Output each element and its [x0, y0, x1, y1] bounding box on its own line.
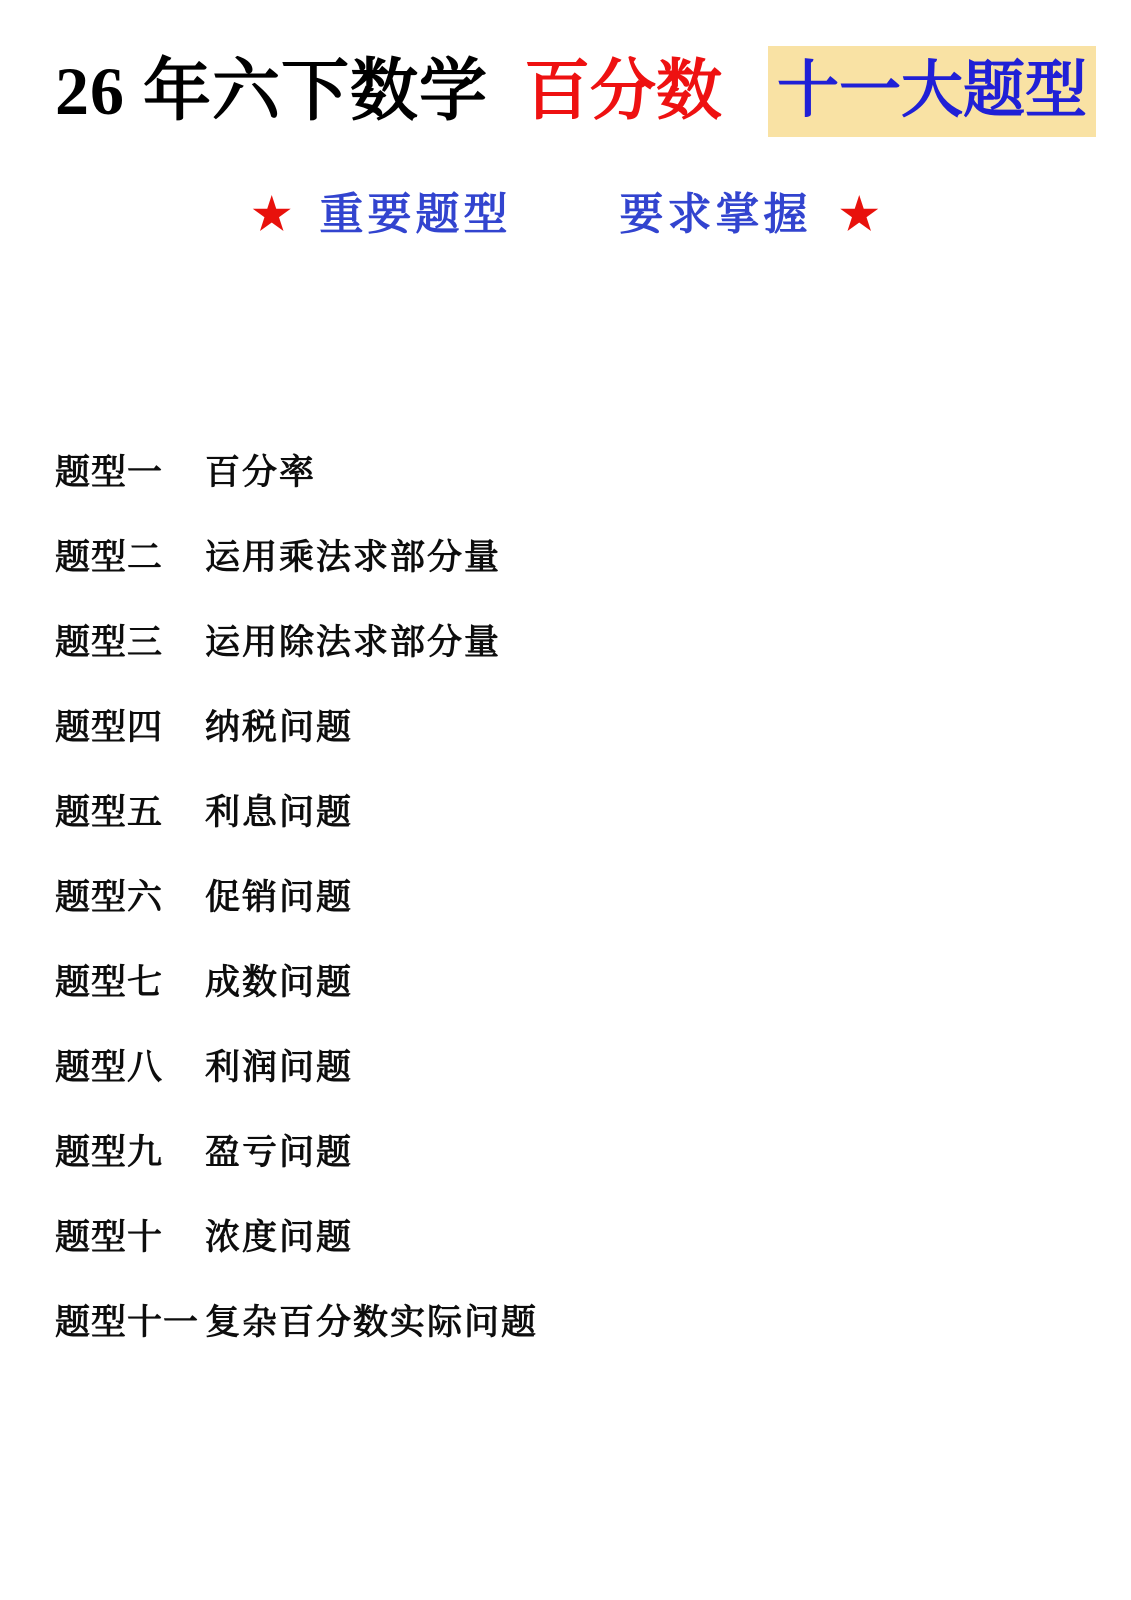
- topic-number-label: 题型一: [55, 452, 205, 494]
- topic-title-text: 利息问题: [205, 792, 353, 834]
- topic-number-label: 题型五: [55, 792, 205, 834]
- topic-title-text: 运用除法求部分量: [205, 622, 501, 664]
- topic-title-text: 盈亏问题: [205, 1132, 353, 1174]
- title-topic-text: 百分数: [524, 49, 722, 135]
- title-highlighted-text: 十一大题型: [768, 46, 1096, 137]
- list-item: 题型七成数问题: [55, 962, 1131, 1004]
- list-item: 题型八利润问题: [55, 1047, 1131, 1089]
- star-icon: ★: [840, 191, 879, 239]
- subtitle: ★ 重要题型 要求掌握 ★: [0, 189, 1131, 242]
- topic-number-label: 题型九: [55, 1132, 205, 1174]
- topic-title-text: 运用乘法求部分量: [205, 537, 501, 579]
- topic-number-label: 题型四: [55, 707, 205, 749]
- page-title: 26 年六下数学 百分数 十一大题型: [0, 0, 1131, 137]
- title-course-text: 26 年六下数学: [55, 47, 488, 135]
- topic-title-text: 浓度问题: [205, 1217, 353, 1259]
- topic-number-label: 题型十一: [55, 1302, 205, 1344]
- list-item: 题型十浓度问题: [55, 1217, 1131, 1259]
- list-item: 题型三运用除法求部分量: [55, 622, 1131, 664]
- topic-number-label: 题型六: [55, 877, 205, 919]
- topic-title-text: 利润问题: [205, 1047, 353, 1089]
- list-item: 题型四纳税问题: [55, 707, 1131, 749]
- topic-number-label: 题型十: [55, 1217, 205, 1259]
- topic-list: 题型一百分率题型二运用乘法求部分量题型三运用除法求部分量题型四纳税问题题型五利息…: [55, 452, 1131, 1344]
- subtitle-must-master-text: 要求掌握: [620, 189, 812, 242]
- topic-number-label: 题型三: [55, 622, 205, 664]
- document-page: 26 年六下数学 百分数 十一大题型 ★ 重要题型 要求掌握 ★ 题型一百分率题…: [0, 0, 1131, 1600]
- topic-title-text: 成数问题: [205, 962, 353, 1004]
- list-item: 题型一百分率: [55, 452, 1131, 494]
- topic-title-text: 复杂百分数实际问题: [205, 1302, 538, 1344]
- topic-title-text: 纳税问题: [205, 707, 353, 749]
- list-item: 题型九盈亏问题: [55, 1132, 1131, 1174]
- list-item: 题型十一复杂百分数实际问题: [55, 1302, 1131, 1344]
- topic-title-text: 促销问题: [205, 877, 353, 919]
- list-item: 题型六促销问题: [55, 877, 1131, 919]
- topic-number-label: 题型七: [55, 962, 205, 1004]
- topic-title-text: 百分率: [205, 452, 316, 494]
- topic-number-label: 题型八: [55, 1047, 205, 1089]
- star-icon: ★: [252, 191, 291, 239]
- topic-number-label: 题型二: [55, 537, 205, 579]
- list-item: 题型二运用乘法求部分量: [55, 537, 1131, 579]
- subtitle-important-types-text: 重要题型: [320, 189, 512, 242]
- list-item: 题型五利息问题: [55, 792, 1131, 834]
